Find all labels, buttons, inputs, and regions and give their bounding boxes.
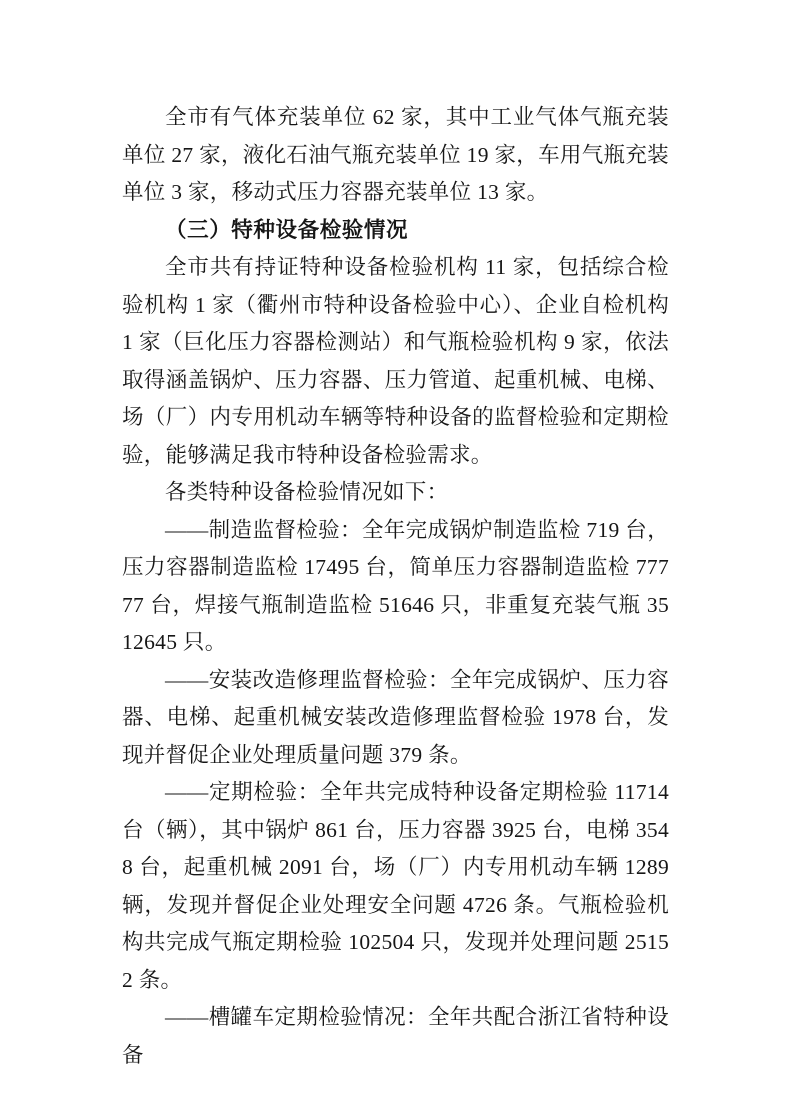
para-installation-repair-supervision-inspection: ——安装改造修理监督检验：全年完成锅炉、压力容器、电梯、起重机械安装改造修理监督… bbox=[122, 662, 669, 775]
para-manufacturing-supervision-inspection: ——制造监督检验：全年完成锅炉制造监检 719 台，压力容器制造监检 17495… bbox=[122, 512, 669, 662]
para-periodic-inspection: ——定期检验：全年共完成特种设备定期检验 11714 台（辆），其中锅炉 861… bbox=[122, 774, 669, 999]
page-content: 全市有气体充装单位 62 家，其中工业气体气瓶充装单位 27 家，液化石油气瓶充… bbox=[122, 99, 669, 1074]
para-inspection-intro: 各类特种设备检验情况如下： bbox=[122, 474, 669, 512]
para-gas-filling-units: 全市有气体充装单位 62 家，其中工业气体气瓶充装单位 27 家，液化石油气瓶充… bbox=[122, 99, 669, 212]
document-page: 全市有气体充装单位 62 家，其中工业气体气瓶充装单位 27 家，液化石油气瓶充… bbox=[0, 0, 792, 1120]
para-inspection-institutions: 全市共有持证特种设备检验机构 11 家，包括综合检验机构 1 家（衢州市特种设备… bbox=[122, 249, 669, 474]
section-heading-inspection-overview: （三）特种设备检验情况 bbox=[122, 212, 669, 250]
para-tank-truck-periodic-inspection: ——槽罐车定期检验情况：全年共配合浙江省特种设备 bbox=[122, 999, 669, 1074]
